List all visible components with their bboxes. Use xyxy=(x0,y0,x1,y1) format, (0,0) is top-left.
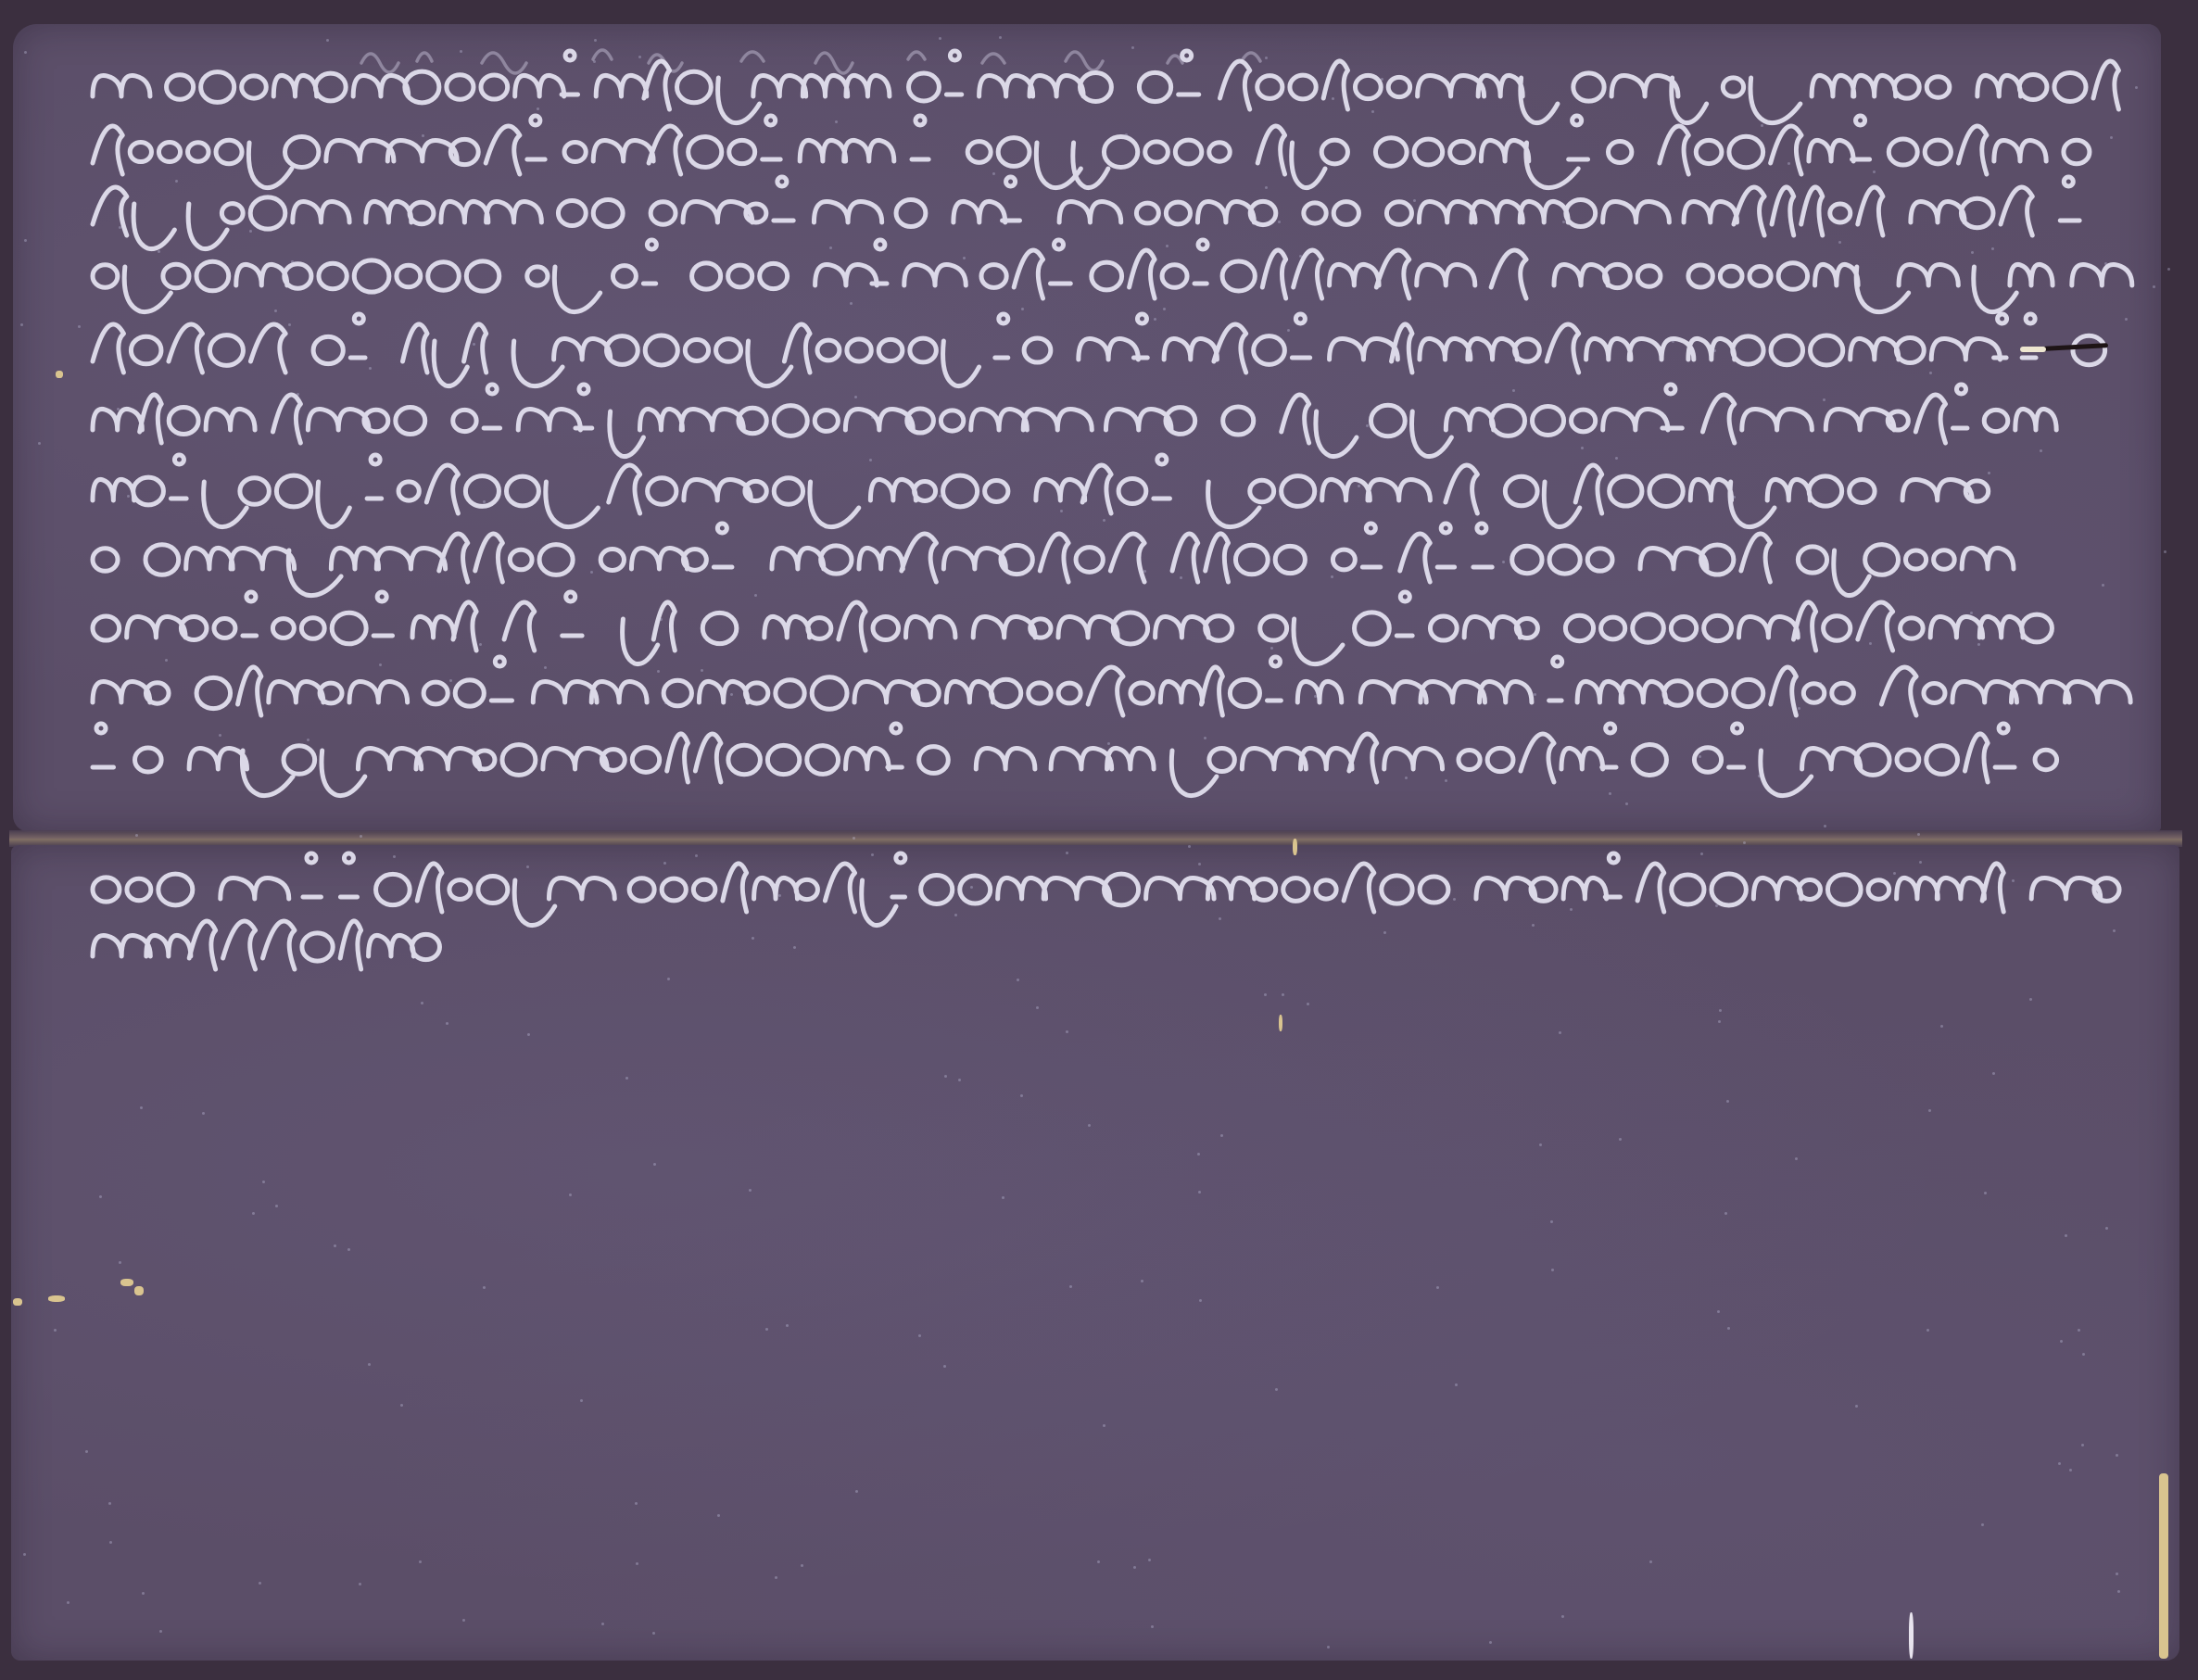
surface-speck xyxy=(142,1592,145,1595)
surface-speck xyxy=(2117,1590,2120,1593)
surface-speck xyxy=(334,1244,336,1247)
surface-speck xyxy=(1143,570,1146,573)
surface-speck xyxy=(943,1365,946,1368)
surface-speck xyxy=(1383,931,1386,934)
surface-speck xyxy=(653,1163,656,1166)
surface-speck xyxy=(970,886,973,889)
surface-speck xyxy=(54,1329,57,1332)
surface-speck xyxy=(421,1002,423,1004)
worn-spot xyxy=(48,1295,65,1302)
surface-speck xyxy=(749,1189,752,1192)
surface-speck xyxy=(379,663,382,666)
surface-speck xyxy=(786,1324,789,1327)
surface-speck xyxy=(2116,1454,2118,1457)
surface-speck xyxy=(1561,1615,1564,1618)
surface-speck xyxy=(1717,1310,1720,1313)
surface-speck xyxy=(1455,1383,1458,1386)
surface-speck xyxy=(1970,612,1973,614)
surface-speck xyxy=(2058,1462,2061,1465)
worn-spot xyxy=(134,1286,144,1295)
surface-speck xyxy=(1103,1424,1105,1427)
surface-speck xyxy=(1021,308,1024,310)
surface-speck xyxy=(2069,1469,2072,1472)
surface-speck xyxy=(1940,1025,1943,1028)
surface-speck xyxy=(1036,1006,1039,1009)
surface-speck xyxy=(544,666,547,669)
script-strokes xyxy=(0,899,2198,1001)
surface-speck xyxy=(1327,1646,1330,1648)
surface-speck xyxy=(1928,1109,1931,1112)
surface-speck xyxy=(636,1562,638,1565)
surface-speck xyxy=(1282,993,1284,996)
surface-speck xyxy=(291,260,294,263)
surface-speck xyxy=(625,1077,628,1080)
surface-speck xyxy=(1060,510,1063,512)
surface-speck xyxy=(752,937,754,940)
surface-speck xyxy=(2113,929,2116,932)
surface-speck xyxy=(1977,643,1980,646)
surface-speck xyxy=(1798,707,1800,710)
worn-spot xyxy=(120,1279,133,1286)
surface-speck xyxy=(1371,110,1374,113)
surface-speck xyxy=(1733,496,1736,499)
surface-speck xyxy=(1275,1388,1278,1391)
surface-speck xyxy=(1869,642,1872,645)
surface-speck xyxy=(1188,845,1191,848)
surface-speck xyxy=(1559,1031,1561,1034)
surface-speck xyxy=(483,1286,486,1289)
surface-speck xyxy=(1988,472,1990,474)
surface-speck xyxy=(1405,777,1408,779)
worn-spot xyxy=(2159,1473,2168,1659)
surface-speck xyxy=(288,323,291,326)
surface-speck xyxy=(775,1576,777,1579)
surface-speck xyxy=(1649,1560,1652,1563)
surface-speck xyxy=(460,50,462,53)
surface-speck xyxy=(695,854,698,857)
surface-speck xyxy=(204,633,207,636)
surface-speck xyxy=(1893,872,1896,875)
surface-speck xyxy=(1625,802,1628,805)
manuscript-line: ဣ ... ... ... ... ... ... xyxy=(0,712,2198,795)
surface-speck xyxy=(1532,924,1535,927)
surface-speck xyxy=(38,442,41,445)
surface-speck xyxy=(1180,576,1182,579)
surface-speck xyxy=(347,1248,350,1251)
surface-speck xyxy=(1307,1003,1309,1005)
surface-speck xyxy=(2116,1573,2118,1575)
surface-speck xyxy=(1358,485,1360,487)
surface-speck xyxy=(1855,1405,1858,1408)
surface-speck xyxy=(175,180,178,183)
surface-speck xyxy=(446,1022,448,1025)
surface-speck xyxy=(2055,421,2058,423)
surface-speck xyxy=(135,834,138,837)
surface-speck xyxy=(78,325,81,328)
surface-speck xyxy=(992,172,995,175)
surface-speck xyxy=(1151,1625,1154,1628)
surface-speck xyxy=(369,367,372,370)
surface-speck xyxy=(400,1404,403,1407)
surface-speck xyxy=(958,1079,961,1081)
surface-speck xyxy=(1838,241,1841,244)
manuscript-line: ခရီး ... ... xyxy=(0,899,2198,982)
surface-speck xyxy=(473,343,475,346)
surface-speck xyxy=(99,1195,102,1198)
worn-spot xyxy=(13,1298,22,1306)
surface-speck xyxy=(2164,550,2166,553)
surface-speck xyxy=(1672,340,1674,343)
manuscript-line: အ ဃ မယ်ပဲ ... ရ ... ဝ ... ဓ ... ကောင် ..… xyxy=(0,228,2198,311)
surface-speck xyxy=(869,459,872,461)
surface-speck xyxy=(569,1194,572,1196)
surface-speck xyxy=(1929,372,1932,374)
surface-speck xyxy=(1615,457,1618,460)
surface-speck xyxy=(1700,853,1703,855)
surface-speck xyxy=(1103,519,1105,522)
surface-speck xyxy=(654,555,657,558)
surface-speck xyxy=(158,250,160,253)
surface-speck xyxy=(1724,1212,1727,1215)
surface-speck xyxy=(765,1328,768,1331)
surface-speck xyxy=(1066,852,1068,854)
surface-speck xyxy=(2153,285,2155,288)
surface-speck xyxy=(483,500,486,503)
surface-speck xyxy=(621,207,624,209)
surface-speck xyxy=(1758,775,1761,777)
surface-speck xyxy=(1069,1285,1072,1288)
surface-speck xyxy=(1699,755,1701,758)
surface-speck xyxy=(1002,1196,1004,1199)
surface-speck xyxy=(652,1632,655,1635)
surface-speck xyxy=(368,1363,371,1366)
surface-speck xyxy=(1761,124,1763,127)
surface-speck xyxy=(701,669,703,672)
surface-speck xyxy=(262,1181,265,1183)
surface-speck xyxy=(1066,1030,1068,1033)
surface-speck xyxy=(709,480,712,483)
surface-speck xyxy=(730,693,733,696)
surface-speck xyxy=(1819,682,1822,685)
surface-speck xyxy=(580,1399,583,1402)
surface-speck xyxy=(24,51,27,54)
surface-speck xyxy=(1436,1286,1439,1289)
surface-speck xyxy=(449,679,452,682)
ink-mark-highlight xyxy=(2020,347,2046,352)
surface-speck xyxy=(109,1541,112,1544)
surface-speck xyxy=(254,76,257,79)
surface-speck xyxy=(2105,1227,2108,1230)
surface-speck xyxy=(2040,449,2042,452)
surface-speck xyxy=(1097,1560,1100,1563)
surface-speck xyxy=(1141,1280,1143,1282)
surface-speck xyxy=(1445,779,1447,782)
surface-speck xyxy=(855,1490,858,1493)
worn-spot xyxy=(1279,1015,1282,1031)
surface-speck xyxy=(1489,1641,1492,1644)
surface-speck xyxy=(275,1205,278,1207)
surface-speck xyxy=(1332,97,1334,100)
surface-speck xyxy=(2167,268,2170,271)
surface-speck xyxy=(660,618,663,621)
surface-speck xyxy=(1787,162,1790,165)
surface-speck xyxy=(999,36,1002,39)
surface-speck xyxy=(1088,1124,1091,1127)
surface-speck xyxy=(1981,1523,1984,1526)
surface-speck xyxy=(667,978,670,980)
surface-speck xyxy=(1534,693,1536,696)
surface-speck xyxy=(462,1619,465,1622)
surface-speck xyxy=(1020,1094,1023,1097)
surface-speck xyxy=(1873,171,1876,173)
surface-speck xyxy=(1550,1220,1553,1223)
surface-speck xyxy=(1107,742,1110,745)
surface-speck xyxy=(853,837,855,840)
surface-speck xyxy=(1197,1153,1200,1156)
surface-speck xyxy=(601,1623,604,1625)
worn-spot xyxy=(1909,1612,1914,1659)
script-strokes xyxy=(0,712,2198,814)
surface-speck xyxy=(252,1212,255,1215)
